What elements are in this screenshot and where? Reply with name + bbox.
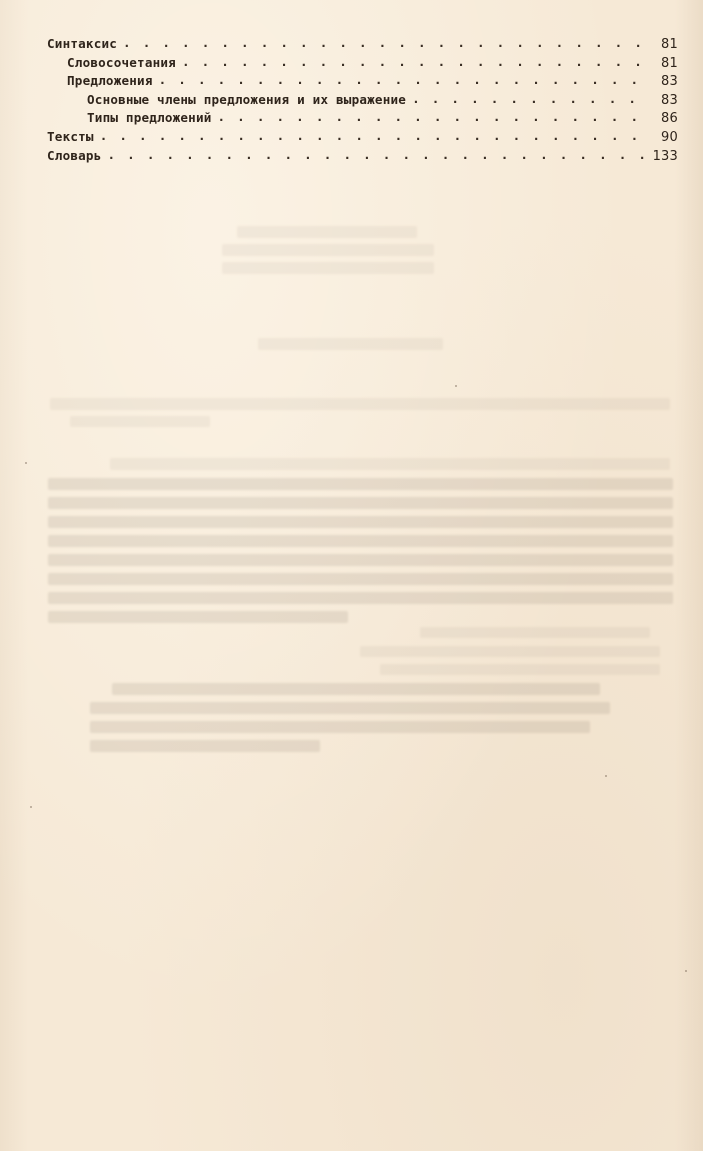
show-through-line <box>48 611 348 623</box>
toc-entry-page: 90 <box>644 129 678 148</box>
toc-entry-page: 81 <box>644 36 678 55</box>
show-through-line <box>48 592 673 604</box>
dot-leader <box>159 71 644 90</box>
show-through-line <box>420 627 650 638</box>
toc-entry-title: Словосочетания <box>67 54 182 73</box>
paper-speck <box>455 385 457 387</box>
toc-entry-page: 86 <box>644 110 678 129</box>
toc-entry-syntax[interactable]: Синтаксис 81 <box>47 35 678 54</box>
toc-entry-title: Основные члены предложения и их выражени… <box>87 91 412 110</box>
show-through-line <box>112 683 600 695</box>
show-through-line <box>48 573 673 585</box>
show-through-heading <box>237 226 417 238</box>
show-through-line <box>48 535 673 547</box>
paper-speck <box>685 970 687 972</box>
toc-entry-title: Типы предложений <box>87 109 218 128</box>
show-through-line <box>48 554 673 566</box>
dot-leader <box>100 127 644 146</box>
table-of-contents: Синтаксис 81 Словосочетания 81 Предложен… <box>47 35 678 165</box>
toc-entry-title: Синтаксис <box>47 35 123 54</box>
show-through-line <box>90 740 320 752</box>
toc-entry-sentence-types[interactable]: Типы предложений 86 <box>47 109 678 128</box>
paper-speck <box>25 462 27 464</box>
dot-leader <box>123 34 644 53</box>
show-through-line <box>360 646 660 657</box>
toc-entry-title: Тексты <box>47 128 100 147</box>
toc-entry-texts[interactable]: Тексты 90 <box>47 128 678 147</box>
dot-leader <box>218 108 644 127</box>
paper-speck <box>30 806 32 808</box>
show-through-line <box>48 497 673 509</box>
dot-leader <box>107 146 644 165</box>
toc-entry-page: 81 <box>644 55 678 74</box>
toc-entry-page: 83 <box>644 92 678 111</box>
show-through-line <box>380 664 660 675</box>
dot-leader <box>412 90 644 109</box>
paper-speck <box>605 775 607 777</box>
show-through-line <box>70 416 210 427</box>
show-through-heading <box>222 262 434 274</box>
show-through-line <box>48 478 673 490</box>
toc-entry-main-sentence-members[interactable]: Основные члены предложения и их выражени… <box>47 91 678 110</box>
show-through-line <box>48 516 673 528</box>
toc-entry-page: 133 <box>644 148 678 167</box>
show-through-line <box>90 721 590 733</box>
toc-entry-title: Словарь <box>47 147 107 166</box>
toc-entry-sentences[interactable]: Предложения 83 <box>47 72 678 91</box>
toc-entry-dictionary[interactable]: Словарь 133 <box>47 147 678 166</box>
show-through-heading <box>222 244 434 256</box>
show-through-line <box>90 702 610 714</box>
show-through-heading <box>258 338 443 350</box>
book-page: Синтаксис 81 Словосочетания 81 Предложен… <box>0 0 703 1151</box>
toc-entry-title: Предложения <box>67 72 159 91</box>
toc-entry-word-combinations[interactable]: Словосочетания 81 <box>47 54 678 73</box>
show-through-line <box>110 458 670 470</box>
dot-leader <box>182 53 644 72</box>
toc-entry-page: 83 <box>644 73 678 92</box>
show-through-line <box>50 398 670 410</box>
